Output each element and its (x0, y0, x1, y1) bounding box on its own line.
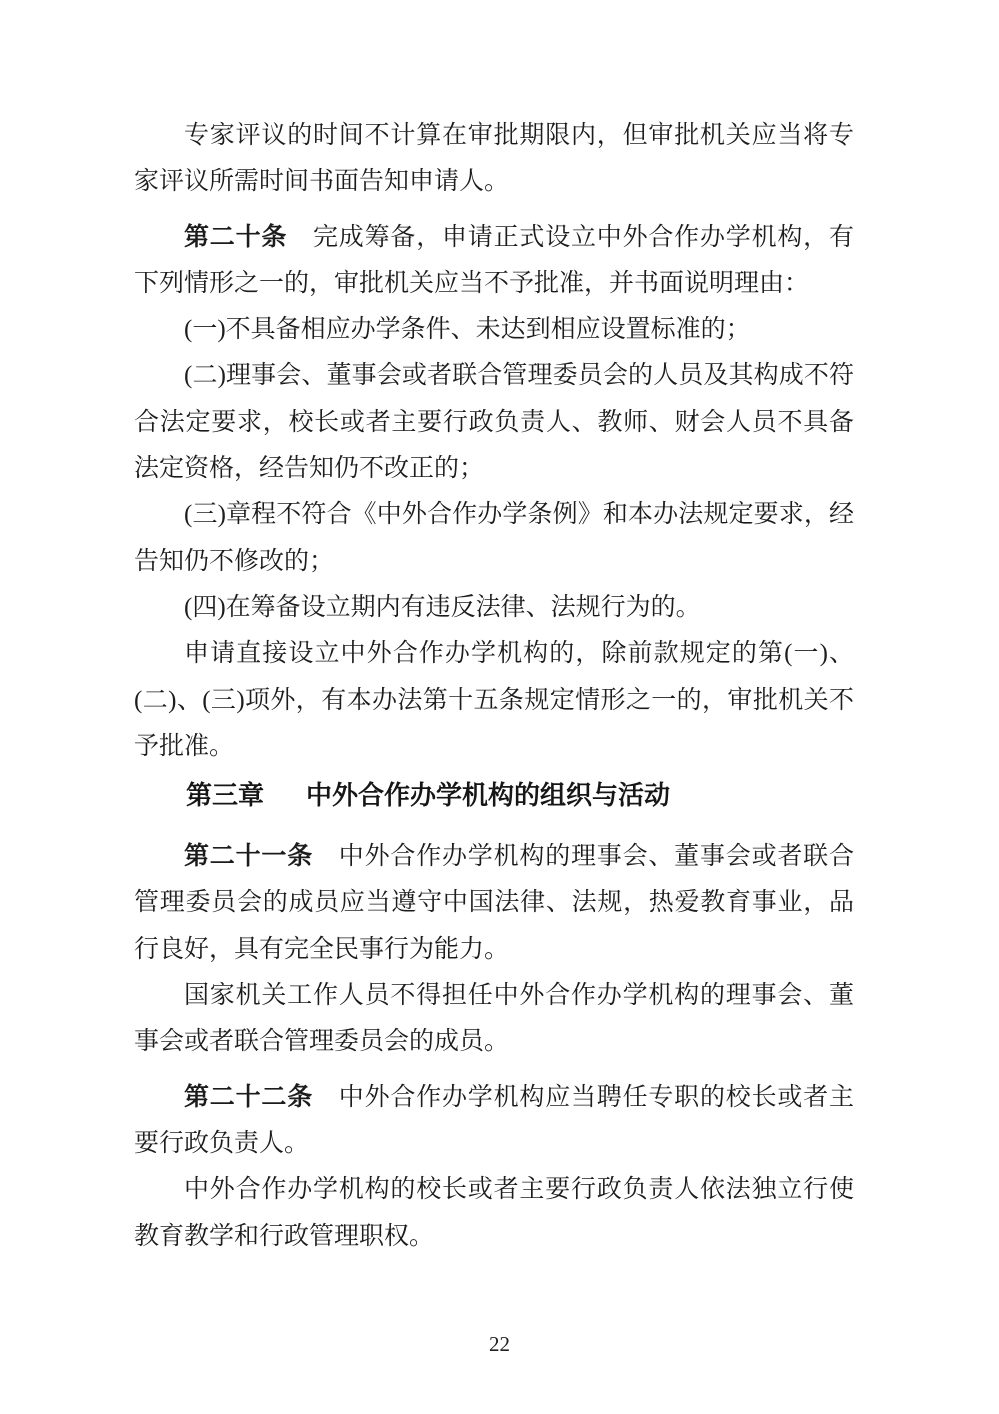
body-paragraph: 国家机关工作人员不得担任中外合作办学机构的理事会、董事会或者联合管理委员会的成员… (134, 973, 854, 1066)
body-paragraph: 专家评议的时间不计算在审批期限内，但审批机关应当将专家评议所需时间书面告知申请人… (134, 113, 854, 206)
body-paragraph: (三)章程不符合《中外合作办学条例》和本办法规定要求，经告知仍不修改的； (134, 492, 854, 585)
article-number: 第二十一条 (184, 843, 313, 870)
paragraph-text: (二)理事会、董事会或者联合管理委员会的人员及其构成不符合法定要求，校长或者主要… (134, 362, 854, 482)
article-paragraph: 第二十条完成筹备，申请正式设立中外合作办学机构，有下列情形之一的，审批机关应当不… (134, 215, 854, 308)
paragraph-text: (一)不具备相应办学条件、未达到相应设置标准的； (184, 316, 751, 343)
paragraph-text: 国家机关工作人员不得担任中外合作办学机构的理事会、董事会或者联合管理委员会的成员… (134, 982, 854, 1055)
document-page: 专家评议的时间不计算在审批期限内，但审批机关应当将专家评议所需时间书面告知申请人… (0, 0, 999, 1414)
body-paragraph: 申请直接设立中外合作办学机构的，除前款规定的第(一)、(二)、(三)项外，有本办… (134, 631, 854, 770)
article-number: 第二十二条 (184, 1084, 313, 1111)
document-body: 专家评议的时间不计算在审批期限内，但审批机关应当将专家评议所需时间书面告知申请人… (134, 113, 854, 1260)
chapter-title: 中外合作办学机构的组织与活动 (306, 780, 670, 810)
body-paragraph: (二)理事会、董事会或者联合管理委员会的人员及其构成不符合法定要求，校长或者主要… (134, 353, 854, 492)
paragraph-text: 申请直接设立中外合作办学机构的，除前款规定的第(一)、(二)、(三)项外，有本办… (134, 640, 854, 760)
article-number: 第二十条 (184, 224, 287, 251)
body-paragraph: 中外合作办学机构的校长或者主要行政负责人依法独立行使教育教学和行政管理职权。 (134, 1167, 854, 1260)
body-paragraph: (四)在筹备设立期内有违反法律、法规行为的。 (134, 585, 854, 631)
paragraph-text: 专家评议的时间不计算在审批期限内，但审批机关应当将专家评议所需时间书面告知申请人… (134, 122, 854, 195)
paragraph-text: (四)在筹备设立期内有违反法律、法规行为的。 (184, 594, 701, 621)
page-number: 22 (0, 1331, 999, 1357)
article-paragraph: 第二十一条中外合作办学机构的理事会、董事会或者联合管理委员会的成员应当遵守中国法… (134, 834, 854, 973)
chapter-label: 第三章 (186, 780, 264, 810)
body-paragraph: (一)不具备相应办学条件、未达到相应设置标准的； (134, 307, 854, 353)
paragraph-text: (三)章程不符合《中外合作办学条例》和本办法规定要求，经告知仍不修改的； (134, 501, 854, 574)
article-paragraph: 第二十二条中外合作办学机构应当聘任专职的校长或者主要行政负责人。 (134, 1075, 854, 1168)
chapter-heading: 第三章中外合作办学机构的组织与活动 (134, 770, 854, 820)
paragraph-text: 中外合作办学机构的校长或者主要行政负责人依法独立行使教育教学和行政管理职权。 (134, 1176, 854, 1249)
